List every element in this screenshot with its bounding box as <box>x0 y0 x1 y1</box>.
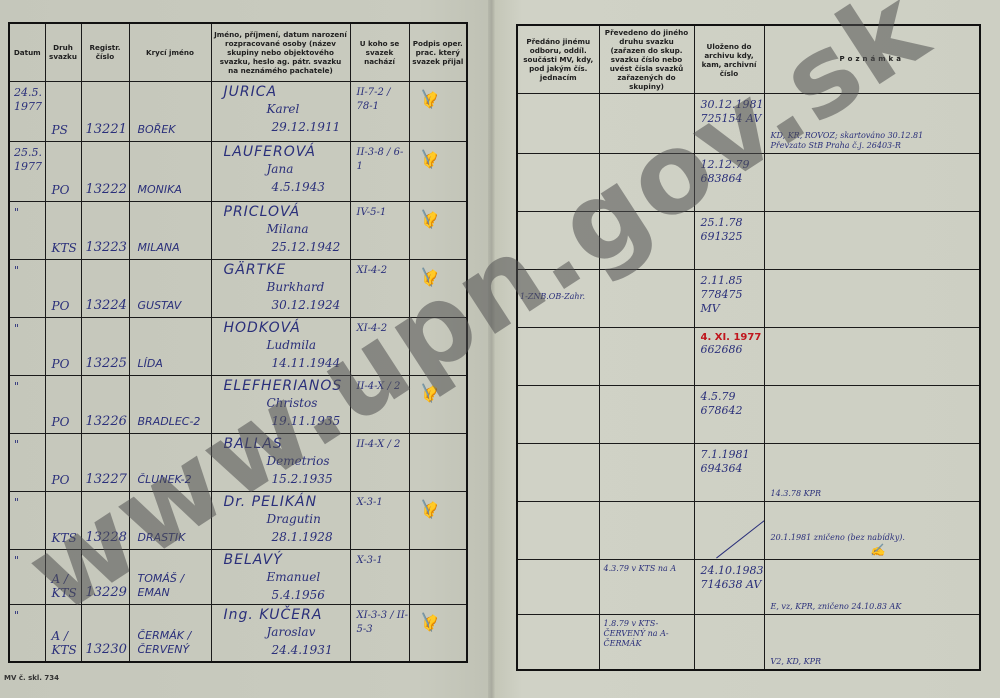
table-row: "PO13227ČLUNEK-2BALLASDemetrios15.2.1935… <box>9 433 467 491</box>
cell-kryci: MILANA <box>129 201 211 259</box>
cell-druh: KTS <box>45 201 81 259</box>
cell-prevedeno: 4.3.79 v KTS na A <box>599 560 694 615</box>
u-koho-value: XI-4-2 <box>357 322 388 336</box>
cell-poznamka <box>764 386 980 444</box>
cell-ulozeno: 7.1.1981694364 <box>694 444 764 502</box>
firstname-value: Emanuel <box>267 570 321 584</box>
archive-value: 694364 <box>701 462 750 476</box>
surname-value: LAUFEROVÁ <box>224 144 316 160</box>
cell-osoba: Ing. KUČERAJaroslav24.4.1931 <box>211 604 350 662</box>
registr-value: 13223 <box>86 241 127 255</box>
cell-u-koho: II-4-X / 2 <box>350 433 409 491</box>
registr-value: 13230 <box>86 643 127 657</box>
datum-value: " <box>14 438 19 452</box>
surname-value: JURICA <box>224 84 278 100</box>
cell-ulozeno: 4.5.79678642 <box>694 386 764 444</box>
table-row: 25.5. 1977PO13222MONIKALAUFEROVÁJana4.5.… <box>9 141 467 201</box>
cell-prevedeno <box>599 212 694 270</box>
cell-u-koho: X-3-1 <box>350 491 409 549</box>
cell-datum: 25.5. 1977 <box>9 141 45 201</box>
registr-value: 13228 <box>86 531 127 545</box>
cell-podpis: ✍ <box>409 141 467 201</box>
cell-osoba: BALLASDemetrios15.2.1935 <box>211 433 350 491</box>
cell-druh: A / KTS <box>45 549 81 604</box>
archive-value: 2.11.85 <box>701 274 764 288</box>
column-header-predano: Předáno jinému odboru, oddíl. součásti M… <box>517 25 599 94</box>
kryci-value: GUSTAV <box>138 299 182 313</box>
cell-podpis <box>409 549 467 604</box>
cell-poznamka <box>764 212 980 270</box>
archive-value: 683864 <box>701 172 750 186</box>
signature-icon: ✍ <box>415 496 440 521</box>
druh-value: A / KTS <box>52 572 81 600</box>
table-row: "A / KTS13230ČERMÁK / ČERVENÝIng. KUČERA… <box>9 604 467 662</box>
cell-poznamka <box>764 270 980 328</box>
column-header-jmeno-osoby: Jméno, příjmení, datum narození rozpraco… <box>211 23 350 81</box>
firstname-value: Demetrios <box>267 454 330 468</box>
cell-poznamka: KD, KR, ROVOZ; skartováno 30.12.81Převza… <box>764 94 980 154</box>
table-row: "A / KTS13229TOMÁŠ / EMANBELAVÝEmanuel5.… <box>9 549 467 604</box>
datum-value: " <box>14 496 19 510</box>
right-header-row: Předáno jinému odboru, oddíl. součásti M… <box>517 25 980 94</box>
druh-value: PO <box>52 473 70 487</box>
cell-registr: 13227 <box>81 433 129 491</box>
birthdate-value: 19.11.1935 <box>272 414 341 428</box>
cell-predano <box>517 615 599 670</box>
cell-ulozeno: 25.1.78691325 <box>694 212 764 270</box>
cell-ulozeno: 2.11.85778475 MV <box>694 270 764 328</box>
table-row: "PO13225LÍDAHODKOVÁLudmila14.11.1944XI-4… <box>9 317 467 375</box>
datum-value: 24.5. 1977 <box>14 86 45 114</box>
cell-datum: " <box>9 201 45 259</box>
table-row: 1.8.79 v KTS-ČERVENÝ na A-ČERMÁKV2, KD, … <box>517 615 980 670</box>
prevedeno-value: 1.8.79 v KTS-ČERVENÝ na A-ČERMÁK <box>604 619 694 649</box>
firstname-value: Jana <box>267 162 294 176</box>
archive-value: 662686 <box>701 343 762 357</box>
signature-icon: ✍ <box>415 264 440 289</box>
column-header-druh-svazku: Druh svazku <box>45 23 81 81</box>
cell-kryci: ČLUNEK-2 <box>129 433 211 491</box>
surname-value: Ing. KUČERA <box>224 607 323 623</box>
cell-ulozeno: 12.12.79683864 <box>694 154 764 212</box>
table-row: 12.12.79683864 <box>517 154 980 212</box>
cell-osoba: HODKOVÁLudmila14.11.1944 <box>211 317 350 375</box>
table-row: "PO13226BRADLEC-2ELEFHERIANOSChristos19.… <box>9 375 467 433</box>
column-header-kryci-jmeno: Krycí jméno <box>129 23 211 81</box>
u-koho-value: XI-4-2 <box>357 264 388 278</box>
kryci-value: ČERMÁK / ČERVENÝ <box>138 629 211 657</box>
cell-podpis: ✍ <box>409 81 467 141</box>
cell-predano <box>517 560 599 615</box>
druh-value: PO <box>52 183 70 197</box>
cell-prevedeno: 1.8.79 v KTS-ČERVENÝ na A-ČERMÁK <box>599 615 694 670</box>
signature-icon: ✍ <box>415 609 440 634</box>
registr-value: 13227 <box>86 473 127 487</box>
surname-value: Dr. PELIKÁN <box>224 494 318 510</box>
u-koho-value: II-7-2 / 78-1 <box>357 86 409 114</box>
kryci-value: MONIKA <box>138 183 182 197</box>
birthdate-value: 4.5.1943 <box>272 180 325 194</box>
cell-datum: " <box>9 317 45 375</box>
table-row: "PO13224GUSTAVGÄRTKEBurkhard30.12.1924XI… <box>9 259 467 317</box>
archive-date-stamp: 4. XI. 1977 <box>701 332 762 343</box>
cell-u-koho: XI-4-2 <box>350 317 409 375</box>
note-value: Převzato StB Praha č.j. 26403-R <box>771 141 924 151</box>
u-koho-value: X-3-1 <box>357 496 383 510</box>
cell-u-koho: II-3-8 / 6-1 <box>350 141 409 201</box>
datum-value: " <box>14 380 19 394</box>
birthdate-value: 30.12.1924 <box>272 298 341 312</box>
column-header-podpis: Podpis oper. prac. který svazek přijal <box>409 23 467 81</box>
u-koho-value: IV-5-1 <box>357 206 387 220</box>
birthdate-value: 28.1.1928 <box>272 530 333 544</box>
cell-prevedeno <box>599 386 694 444</box>
cell-druh: PO <box>45 141 81 201</box>
cell-druh: A / KTS <box>45 604 81 662</box>
cell-kryci: BRADLEC-2 <box>129 375 211 433</box>
note-value: 14.3.78 KPR <box>771 489 821 499</box>
predano-value: 1-ZNB.OB-Zahr. <box>520 292 585 302</box>
firstname-value: Milana <box>267 222 309 236</box>
cell-u-koho: II-7-2 / 78-1 <box>350 81 409 141</box>
kryci-value: DRASTIK <box>138 531 186 545</box>
cell-osoba: JURICAKarel29.12.1911 <box>211 81 350 141</box>
cell-predano <box>517 154 599 212</box>
column-header-prevedeno: Převedeno do jiného druhu svazku (zařaze… <box>599 25 694 94</box>
cell-podpis: ✍ <box>409 604 467 662</box>
cell-poznamka: V2, KD, KPR <box>764 615 980 670</box>
surname-value: GÄRTKE <box>224 262 287 278</box>
cell-u-koho: XI-3-3 / II-5-3 <box>350 604 409 662</box>
table-row: "KTS13228DRASTIKDr. PELIKÁNDragutin28.1.… <box>9 491 467 549</box>
table-row: 4.5.79678642 <box>517 386 980 444</box>
cell-predano <box>517 328 599 386</box>
kryci-value: TOMÁŠ / EMAN <box>138 572 211 600</box>
cell-poznamka: 14.3.78 KPR <box>764 444 980 502</box>
archive-value: 24.10.1983 <box>701 564 764 578</box>
cell-osoba: BELAVÝEmanuel5.4.1956 <box>211 549 350 604</box>
cell-podpis <box>409 433 467 491</box>
archive-value: 691325 <box>701 230 743 244</box>
birthdate-value: 14.11.1944 <box>272 356 341 370</box>
diagonal-strike-line <box>716 515 764 559</box>
signature-icon: ✍ <box>415 146 440 171</box>
birthdate-value: 25.12.1942 <box>272 240 341 254</box>
cell-podpis <box>409 317 467 375</box>
cell-druh: PO <box>45 375 81 433</box>
table-row: 7.1.198169436414.3.78 KPR <box>517 444 980 502</box>
u-koho-value: X-3-1 <box>357 554 383 568</box>
table-row: 20.1.1981 zničeno (bez nabídky).✍ <box>517 502 980 560</box>
cell-datum: " <box>9 433 45 491</box>
cell-kryci: LÍDA <box>129 317 211 375</box>
cell-registr: 13221 <box>81 81 129 141</box>
datum-value: " <box>14 264 19 278</box>
note-value: 20.1.1981 zničeno (bez nabídky). <box>771 533 905 543</box>
cell-predano <box>517 212 599 270</box>
cell-osoba: PRICLOVÁMilana25.12.1942 <box>211 201 350 259</box>
cell-datum: " <box>9 259 45 317</box>
column-header-datum: Datum <box>9 23 45 81</box>
cell-podpis: ✍ <box>409 201 467 259</box>
cell-druh: KTS <box>45 491 81 549</box>
cell-osoba: LAUFEROVÁJana4.5.1943 <box>211 141 350 201</box>
cell-registr: 13223 <box>81 201 129 259</box>
registr-value: 13225 <box>86 357 127 371</box>
cell-kryci: GUSTAV <box>129 259 211 317</box>
book-gutter <box>488 0 496 698</box>
kryci-value: BRADLEC-2 <box>138 415 201 429</box>
cell-prevedeno <box>599 270 694 328</box>
cell-podpis: ✍ <box>409 259 467 317</box>
datum-value: 25.5. 1977 <box>14 146 45 174</box>
cell-prevedeno <box>599 444 694 502</box>
firstname-value: Karel <box>267 102 300 116</box>
cell-ulozeno <box>694 615 764 670</box>
cell-kryci: DRASTIK <box>129 491 211 549</box>
birthdate-value: 29.12.1911 <box>272 120 341 134</box>
archive-value: 7.1.1981 <box>701 448 750 462</box>
druh-value: PO <box>52 415 70 429</box>
note-value: V2, KD, KPR <box>771 657 822 667</box>
cell-ulozeno: 30.12.1981725154 AV <box>694 94 764 154</box>
note-value: E, vz, KPR, zničeno 24.10.83 AK <box>771 602 902 612</box>
signature-icon: ✍ <box>415 86 440 111</box>
registr-value: 13229 <box>86 586 127 600</box>
archive-value: 4.5.79 <box>701 390 743 404</box>
cell-registr: 13225 <box>81 317 129 375</box>
cell-predano <box>517 444 599 502</box>
birthdate-value: 15.2.1935 <box>272 472 333 486</box>
archive-value: 25.1.78 <box>701 216 743 230</box>
archive-value: 12.12.79 <box>701 158 750 172</box>
table-row: 30.12.1981725154 AVKD, KR, ROVOZ; skarto… <box>517 94 980 154</box>
cell-podpis: ✍ <box>409 491 467 549</box>
u-koho-value: XI-3-3 / II-5-3 <box>357 609 409 637</box>
cell-osoba: ELEFHERIANOSChristos19.11.1935 <box>211 375 350 433</box>
table-row: 1-ZNB.OB-Zahr.2.11.85778475 MV <box>517 270 980 328</box>
firstname-value: Christos <box>267 396 318 410</box>
cell-registr: 13222 <box>81 141 129 201</box>
cell-u-koho: XI-4-2 <box>350 259 409 317</box>
cell-prevedeno <box>599 502 694 560</box>
cell-kryci: TOMÁŠ / EMAN <box>129 549 211 604</box>
birthdate-value: 24.4.1931 <box>272 643 333 657</box>
signature-icon: ✍ <box>415 380 440 405</box>
cell-predano: 1-ZNB.OB-Zahr. <box>517 270 599 328</box>
table-row: 24.5. 1977PS13221BOŘEKJURICAKarel29.12.1… <box>9 81 467 141</box>
surname-value: BALLAS <box>224 436 283 452</box>
left-ledger-table: Datum Druh svazku Registr. číslo Krycí j… <box>8 22 468 663</box>
firstname-value: Dragutin <box>267 512 321 526</box>
cell-u-koho: X-3-1 <box>350 549 409 604</box>
prevedeno-value: 4.3.79 v KTS na A <box>604 564 677 574</box>
cell-podpis: ✍ <box>409 375 467 433</box>
cell-registr: 13229 <box>81 549 129 604</box>
cell-kryci: BOŘEK <box>129 81 211 141</box>
signature-icon: ✍ <box>415 206 440 231</box>
archive-value: 678642 <box>701 404 743 418</box>
cell-ulozeno: 4. XI. 1977662686 <box>694 328 764 386</box>
cell-poznamka: E, vz, KPR, zničeno 24.10.83 AK <box>764 560 980 615</box>
druh-value: KTS <box>52 241 77 255</box>
registr-value: 13221 <box>86 123 127 137</box>
cell-poznamka <box>764 154 980 212</box>
cell-druh: PO <box>45 259 81 317</box>
column-header-registr-cislo: Registr. číslo <box>81 23 129 81</box>
archive-value: 30.12.1981 <box>701 98 764 112</box>
datum-value: " <box>14 322 19 336</box>
cell-kryci: ČERMÁK / ČERVENÝ <box>129 604 211 662</box>
cell-prevedeno <box>599 94 694 154</box>
cell-registr: 13224 <box>81 259 129 317</box>
right-ledger-table: Předáno jinému odboru, oddíl. součásti M… <box>516 24 981 671</box>
firstname-value: Ludmila <box>267 338 317 352</box>
u-koho-value: II-3-8 / 6-1 <box>357 146 409 174</box>
cell-datum: " <box>9 375 45 433</box>
cell-osoba: Dr. PELIKÁNDragutin28.1.1928 <box>211 491 350 549</box>
table-row: 4. XI. 1977662686 <box>517 328 980 386</box>
cell-poznamka: 20.1.1981 zničeno (bez nabídky).✍ <box>764 502 980 560</box>
cell-datum: " <box>9 549 45 604</box>
kryci-value: MILANA <box>138 241 180 255</box>
kryci-value: LÍDA <box>138 357 163 371</box>
datum-value: " <box>14 554 19 568</box>
table-row: "KTS13223MILANAPRICLOVÁMilana25.12.1942I… <box>9 201 467 259</box>
signature-icon: ✍ <box>771 543 905 557</box>
cell-u-koho: IV-5-1 <box>350 201 409 259</box>
druh-value: PO <box>52 357 70 371</box>
cell-registr: 13228 <box>81 491 129 549</box>
cell-kryci: MONIKA <box>129 141 211 201</box>
druh-value: PS <box>52 123 68 137</box>
archive-value: 714638 AV <box>701 578 764 592</box>
surname-value: BELAVÝ <box>224 552 283 568</box>
table-row: 25.1.78691325 <box>517 212 980 270</box>
surname-value: PRICLOVÁ <box>224 204 301 220</box>
cell-ulozeno <box>694 502 764 560</box>
note-value: KD, KR, ROVOZ; skartováno 30.12.81 <box>771 131 924 141</box>
registr-value: 13224 <box>86 299 127 313</box>
firstname-value: Burkhard <box>267 280 325 294</box>
u-koho-value: II-4-X / 2 <box>357 380 401 394</box>
cell-datum: 24.5. 1977 <box>9 81 45 141</box>
cell-predano <box>517 94 599 154</box>
left-header-row: Datum Druh svazku Registr. číslo Krycí j… <box>9 23 467 81</box>
cell-poznamka <box>764 328 980 386</box>
cell-predano <box>517 502 599 560</box>
archive-value: 778475 MV <box>701 288 764 316</box>
datum-value: " <box>14 206 19 220</box>
cell-druh: PO <box>45 317 81 375</box>
druh-value: PO <box>52 299 70 313</box>
kryci-value: ČLUNEK-2 <box>138 473 192 487</box>
druh-value: A / KTS <box>52 629 81 657</box>
druh-value: KTS <box>52 531 77 545</box>
cell-u-koho: II-4-X / 2 <box>350 375 409 433</box>
birthdate-value: 5.4.1956 <box>272 588 325 602</box>
cell-prevedeno <box>599 154 694 212</box>
cell-prevedeno <box>599 328 694 386</box>
datum-value: " <box>14 609 19 623</box>
cell-datum: " <box>9 604 45 662</box>
cell-ulozeno: 24.10.1983714638 AV <box>694 560 764 615</box>
column-header-poznamka: Poznámka <box>764 25 980 94</box>
cell-osoba: GÄRTKEBurkhard30.12.1924 <box>211 259 350 317</box>
column-header-u-koho: U koho se svazek nachází <box>350 23 409 81</box>
cell-druh: PS <box>45 81 81 141</box>
registr-value: 13222 <box>86 183 127 197</box>
surname-value: ELEFHERIANOS <box>224 378 343 394</box>
cell-predano <box>517 386 599 444</box>
archive-value: 725154 AV <box>701 112 764 126</box>
registr-value: 13226 <box>86 415 127 429</box>
cell-registr: 13230 <box>81 604 129 662</box>
cell-registr: 13226 <box>81 375 129 433</box>
column-header-ulozeno: Uloženo do archivu kdy, kam, archivní čí… <box>694 25 764 94</box>
cell-druh: PO <box>45 433 81 491</box>
surname-value: HODKOVÁ <box>224 320 301 336</box>
u-koho-value: II-4-X / 2 <box>357 438 401 452</box>
cell-datum: " <box>9 491 45 549</box>
kryci-value: BOŘEK <box>138 123 176 137</box>
form-code: MV č. skl. 734 <box>4 674 59 682</box>
table-row: 4.3.79 v KTS na A24.10.1983714638 AVE, v… <box>517 560 980 615</box>
firstname-value: Jaroslav <box>267 625 316 639</box>
